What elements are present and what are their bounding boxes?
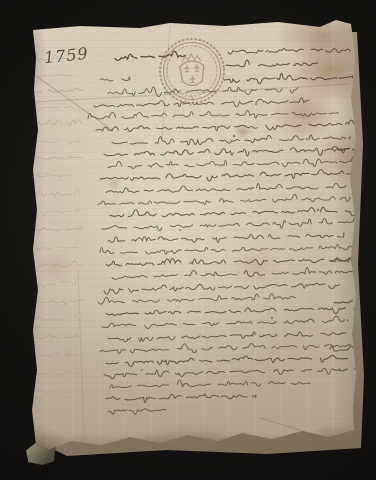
- photo-background: 1759: [0, 0, 376, 480]
- crease-lines: [34, 26, 350, 438]
- manuscript-page: 1759: [20, 18, 358, 454]
- handwriting-layer: [20, 18, 358, 454]
- manuscript-text-lines: [98, 135, 358, 414]
- manuscript-header-lines: [88, 49, 354, 132]
- margin-annotations: [32, 55, 84, 396]
